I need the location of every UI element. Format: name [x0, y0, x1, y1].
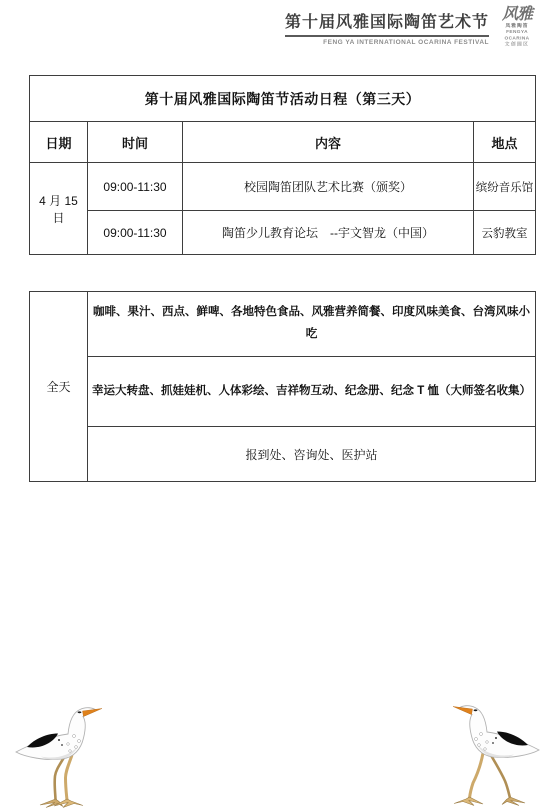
- all-day-content-cell: 报到处、咨询处、医护站: [88, 427, 536, 482]
- logo-caption-zh: 凤雅陶笛: [497, 23, 538, 29]
- schedule-location-cell: 缤纷音乐馆: [474, 163, 536, 211]
- logo-caption-en1: FENGYA: [497, 29, 538, 35]
- all-day-table: 全天 咖啡、果汁、西点、鲜啤、各地特色食品、风雅营养简餐、印度风味美食、台湾风味…: [29, 291, 536, 482]
- col-header-date: 日期: [30, 122, 88, 163]
- logo-caption-lines: 凤雅陶笛 FENGYA OCARINA 文创园区: [497, 23, 538, 48]
- schedule-title-row: 第十届风雅国际陶笛节活动日程（第三天）: [30, 76, 536, 122]
- festival-masthead: 第十届风雅国际陶笛艺术节 FENG YA INTERNATIONAL OCARI…: [0, 9, 538, 59]
- stork-ocarina-icon: [12, 700, 114, 812]
- ocarina-bird-illustration-left: [12, 700, 114, 812]
- all-day-row-3: 报到处、咨询处、医护站: [30, 427, 536, 482]
- schedule-row-2: 09:00-11:30 陶笛少儿教育论坛 --宇文智龙（中国） 云豹教室: [30, 211, 536, 255]
- schedule-header-row: 日期 时间 内容 地点: [30, 122, 536, 163]
- fengya-logo: 风雅 凤雅陶笛 FENGYA OCARINA 文创园区: [496, 6, 538, 59]
- col-header-location: 地点: [474, 122, 536, 163]
- schedule-table-title: 第十届风雅国际陶笛节活动日程（第三天）: [30, 76, 536, 122]
- col-header-content: 内容: [183, 122, 474, 163]
- schedule-date-cell: 4 月 15 日: [30, 163, 88, 255]
- col-header-time: 时间: [88, 122, 183, 163]
- schedule-row-1: 4 月 15 日 09:00-11:30 校园陶笛团队艺术比赛（颁奖） 缤纷音乐…: [30, 163, 536, 211]
- festival-title: 第十届风雅国际陶笛艺术节: [285, 9, 489, 37]
- ocarina-bird-illustration-right: [437, 698, 547, 812]
- logo-caption-zh2: 文创园区: [497, 41, 538, 47]
- all-day-row-1: 全天 咖啡、果汁、西点、鲜啤、各地特色食品、风雅营养简餐、印度风味美食、台湾风味…: [30, 292, 536, 357]
- all-day-content-cell: 咖啡、果汁、西点、鲜啤、各地特色食品、风雅营养简餐、印度风味美食、台湾风味小吃: [88, 292, 536, 357]
- stork-ocarina-icon: [437, 698, 547, 810]
- schedule-time-cell: 09:00-11:30: [88, 211, 183, 255]
- schedule-time-cell: 09:00-11:30: [88, 163, 183, 211]
- schedule-location-cell: 云豹教室: [474, 211, 536, 255]
- logo-caption-en2: OCARINA: [497, 35, 538, 41]
- schedule-content-cell: 陶笛少儿教育论坛 --宇文智龙（中国）: [183, 211, 474, 255]
- schedule-table: 第十届风雅国际陶笛节活动日程（第三天） 日期 时间 内容 地点 4 月 15 日…: [29, 75, 536, 255]
- logo-wordmark: 风雅: [496, 6, 538, 23]
- all-day-row-2: 幸运大转盘、抓娃娃机、人体彩绘、吉祥物互动、纪念册、纪念 T 恤（大师签名收集）: [30, 357, 536, 427]
- schedule-content-cell: 校园陶笛团队艺术比赛（颁奖）: [183, 163, 474, 211]
- masthead-text-block: 第十届风雅国际陶笛艺术节 FENG YA INTERNATIONAL OCARI…: [285, 9, 489, 46]
- festival-subtitle-en: FENG YA INTERNATIONAL OCARINA FESTIVAL: [285, 39, 489, 46]
- all-day-label-cell: 全天: [30, 292, 88, 482]
- all-day-content-cell: 幸运大转盘、抓娃娃机、人体彩绘、吉祥物互动、纪念册、纪念 T 恤（大师签名收集）: [88, 357, 536, 427]
